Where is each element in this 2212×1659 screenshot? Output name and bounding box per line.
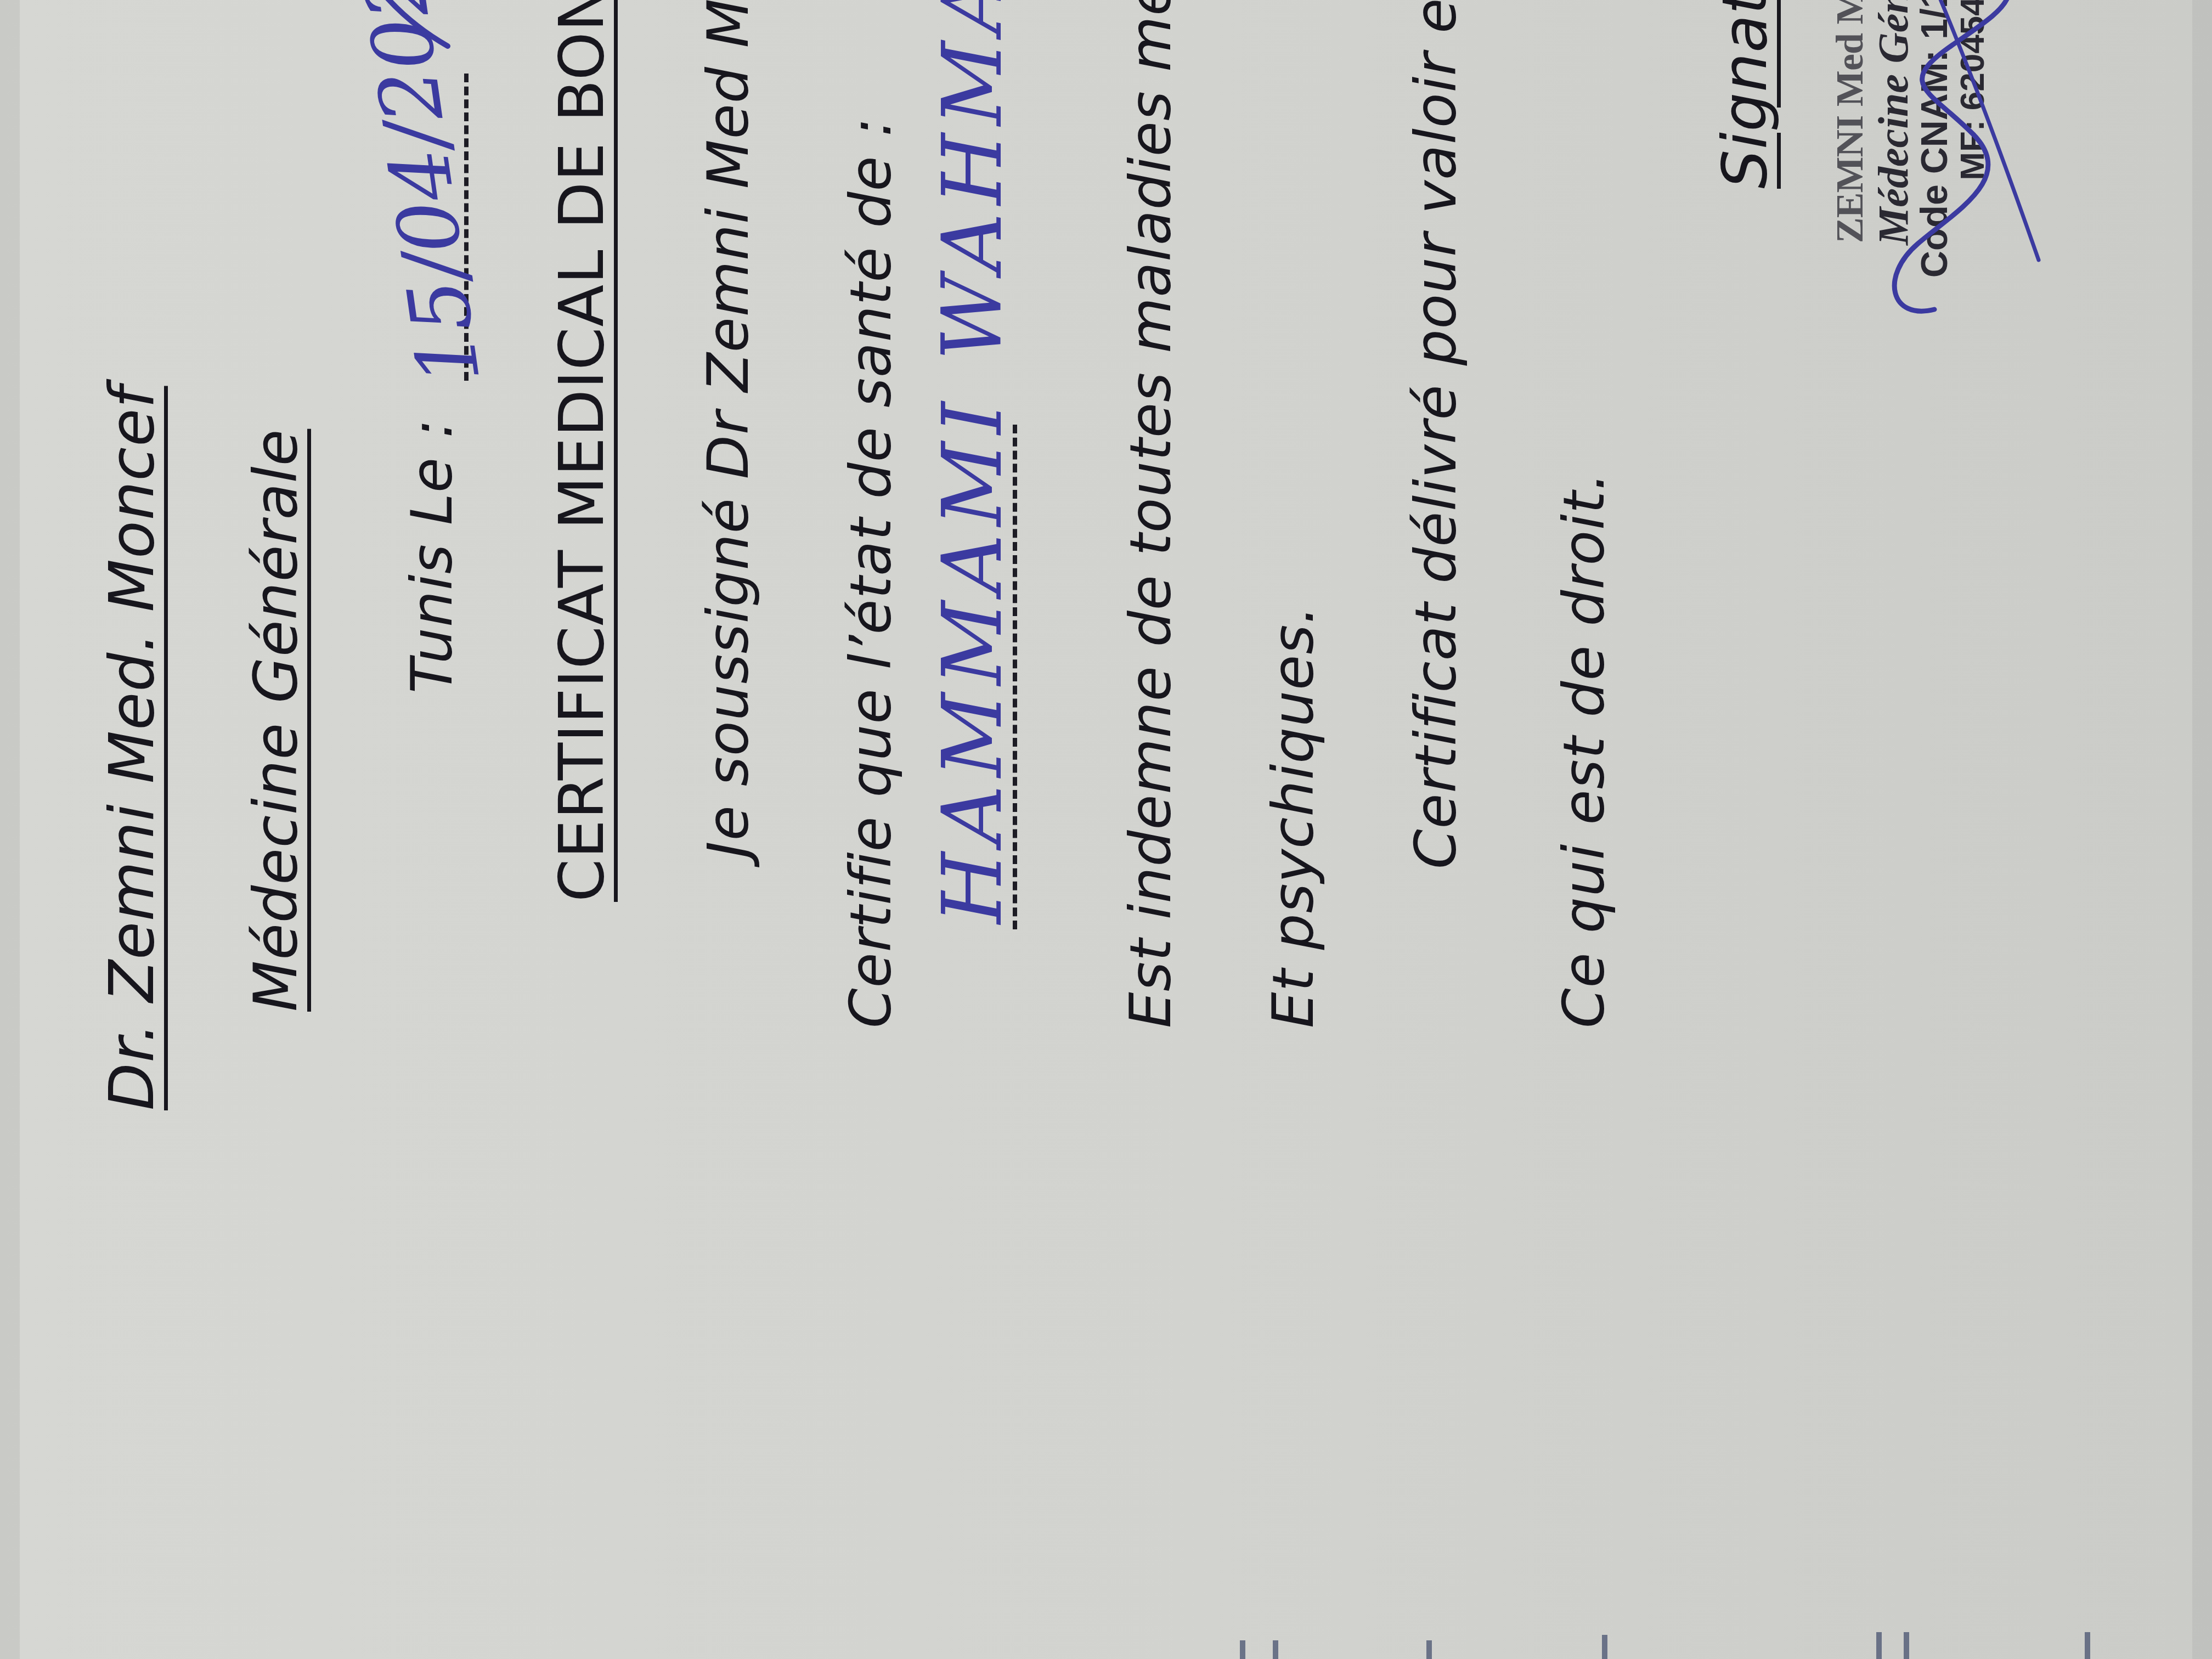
- document-photo: Dr. Zemni Med. Moncef Médecine Générale …: [0, 0, 2212, 1659]
- body-line-droit: Ce qui est de droit.: [1550, 472, 1617, 1028]
- signature-scrawl-icon: [1808, 0, 2093, 342]
- binder-edge-mark: [1904, 1632, 1909, 1659]
- binder-edge-mark: [1273, 1640, 1278, 1659]
- body-line-valoir: Certificat délivré pour valoir et servir: [1402, 0, 1469, 869]
- doctor-header: Dr. Zemni Med. Moncef: [97, 386, 168, 1110]
- handwritten-patient-name: HAMMAMI WAHMA: [925, 0, 1020, 924]
- certificate-sheet: Dr. Zemni Med. Moncef Médecine Générale …: [20, 0, 2192, 1659]
- signature-label: Signature: [1709, 0, 1781, 189]
- binder-edge-mark: [1240, 1640, 1245, 1659]
- binder-edge-mark: [1426, 1640, 1432, 1659]
- place-date-label: Tunis Le :: [398, 419, 465, 693]
- date-flourish-icon: [305, 0, 470, 68]
- certificate-title: CERTIFICAT MEDICAL DE BONNE SANTE: [546, 0, 618, 902]
- binder-edge-mark: [1602, 1635, 1607, 1659]
- body-line-declaration: Je soussigné Dr Zemni Med Moncef: [695, 0, 761, 858]
- binder-edge-mark: [2085, 1632, 2090, 1659]
- body-line-indemne: Est indemne de toutes maladies médicales: [1117, 0, 1184, 1028]
- specialty-heading: Médecine Générale: [242, 429, 311, 1012]
- binder-edge-mark: [1876, 1632, 1882, 1659]
- body-line-certifie: Certifie que l’état de santé de :: [837, 117, 904, 1028]
- body-line-psychiques: Et psychiques.: [1260, 606, 1327, 1028]
